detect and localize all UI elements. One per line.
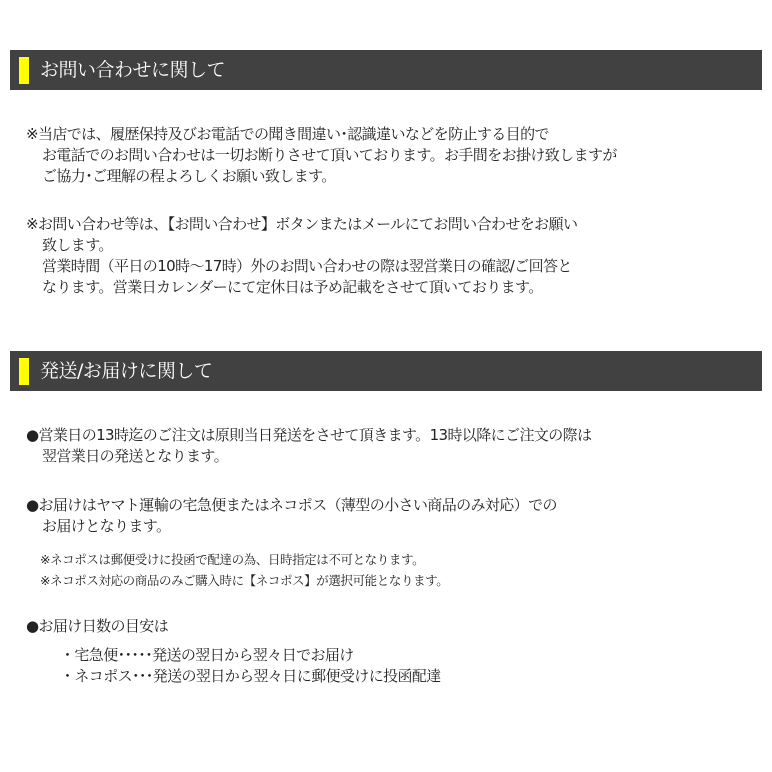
note-line: ※ネコポスは郵便受けに投函で配達の為、日時指定は不可となります。 xyxy=(40,549,448,570)
delivery-days-list: ・宅急便･････発送の翌日から翌々日でお届け ・ネコポス･･･発送の翌日から翌… xyxy=(60,645,441,687)
delivery-days-heading: ●お届け日数の目安は xyxy=(26,616,168,637)
text-line: ●営業日の13時迄のご注文は原則当日発送をさせて頂きます。13時以降にご注文の際… xyxy=(26,425,591,446)
list-item: ・宅急便･････発送の翌日から翌々日でお届け xyxy=(60,645,441,666)
inquiry-method-notice: ※お問い合わせ等は、【お問い合わせ】ボタンまたはメールにてお問い合わせをお願い … xyxy=(26,214,577,298)
section-header-shipping: 発送/お届けに関して xyxy=(10,351,762,391)
text-line: お届けとなります。 xyxy=(26,516,557,537)
section-header-inquiry: お問い合わせに関して xyxy=(10,50,762,90)
nekopos-notes: ※ネコポスは郵便受けに投函で配達の為、日時指定は不可となります。 ※ネコポス対応… xyxy=(40,549,448,591)
text-line: 営業時間（平日の10時～17時）外のお問い合わせの際は翌営業日の確認/ご回答と xyxy=(26,256,577,277)
text-line: お電話でのお問い合わせは一切お断りさせて頂いております。お手間をお掛け致しますが xyxy=(26,145,617,166)
text-line: ●お届けはヤマト運輸の宅急便またはネコポス（薄型の小さい商品のみ対応）での xyxy=(26,495,557,516)
text-line: ご協力･ご理解の程よろしくお願い致します。 xyxy=(26,166,617,187)
text-line: 致します。 xyxy=(26,235,577,256)
section-title: お問い合わせに関して xyxy=(40,50,225,90)
text-line: なります。営業日カレンダーにて定休日は予め記載をさせて頂いております。 xyxy=(26,277,577,298)
text-line: ※当店では、履歴保持及びお電話での聞き間違い･認識違いなどを防止する目的で xyxy=(26,124,617,145)
accent-bar xyxy=(19,57,29,84)
accent-bar xyxy=(19,358,29,385)
section-title: 発送/お届けに関して xyxy=(40,351,212,391)
text-line: ●お届け日数の目安は xyxy=(26,616,168,637)
note-line: ※ネコポス対応の商品のみご購入時に【ネコポス】が選択可能となります。 xyxy=(40,570,448,591)
shipping-carrier-notice: ●お届けはヤマト運輸の宅急便またはネコポス（薄型の小さい商品のみ対応）での お届… xyxy=(26,495,557,537)
text-line: ※お問い合わせ等は、【お問い合わせ】ボタンまたはメールにてお問い合わせをお願い xyxy=(26,214,577,235)
text-line: 翌営業日の発送となります。 xyxy=(26,446,591,467)
shipping-cutoff-notice: ●営業日の13時迄のご注文は原則当日発送をさせて頂きます。13時以降にご注文の際… xyxy=(26,425,591,467)
list-item: ・ネコポス･･･発送の翌日から翌々日に郵便受けに投函配達 xyxy=(60,666,441,687)
inquiry-phone-notice: ※当店では、履歴保持及びお電話での聞き間違い･認識違いなどを防止する目的で お電… xyxy=(26,124,617,187)
